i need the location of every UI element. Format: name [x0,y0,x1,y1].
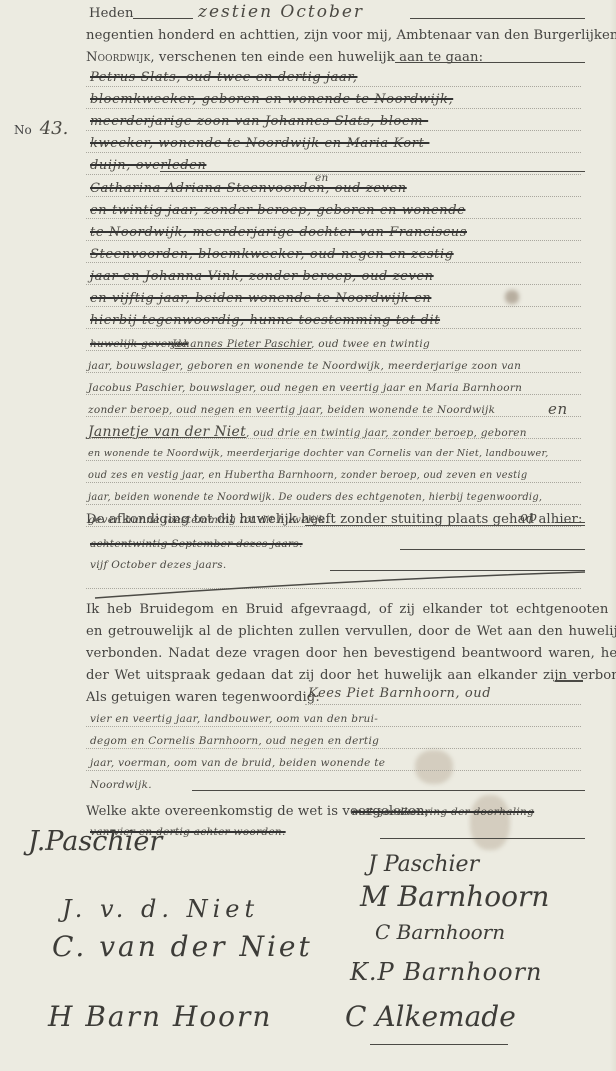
signature-bride-father: C. van der Niet [52,930,313,963]
struck-bride-line: Steenvoorden, bloemkweeker, oud negen en… [90,247,454,262]
struck-bride-line: Catharina Adriana Steenvoorden, oud zeve… [90,181,407,196]
closing-struck: met goedkeuring der doorhaling [352,806,534,818]
declaration-line: verbonden. Nadat deze vragen door hen be… [86,646,616,661]
struck-groom-line: meerderjarige zoon van Johannes Slats, b… [90,114,428,129]
rule [395,62,585,63]
rule [133,18,193,19]
en-connector: en [548,400,568,418]
bride-line-2: en wonende te Noordwijk, meerderjarige d… [88,448,549,459]
witness-line: degom en Cornelis Barnhoorn, oud negen e… [90,735,379,747]
witness-line: Kees Piet Barnhoorn, oud [308,686,491,701]
groom-name: Johannes Pieter Paschier [172,338,311,350]
closing-stroke [90,570,590,600]
header-line-2: negentien honderd en achttien, zijn voor… [86,28,616,43]
banns-printed: De afkondiging tot dit huwelijk heeft zo… [86,512,583,527]
bride-line-1-rest: , oud drie en twintig jaar, zonder beroe… [246,427,527,439]
groom-line-2: jaar, bouwslager, geboren en wonende te … [88,360,521,372]
bride-line-4: jaar, beiden wonende te Noordwijk. De ou… [88,492,542,503]
struck-groom-line: Petrus Slats, oud twee en dertig jaar, [90,70,357,85]
date-handwritten: zestien October [198,2,364,22]
banns-op: op [520,510,537,525]
water-stain [505,290,519,304]
declaration-line: en getrouwelijk al de plichten zullen ve… [86,624,616,639]
signature-witness-h: H Barn Hoorn [48,1000,272,1033]
bride-line-3: oud zes en vestig jaar, en Hubertha Barn… [88,470,527,481]
rule [400,549,585,550]
signature-groom: J.Paschier [28,826,162,857]
bride-name: Jannetje van der Niet [88,424,246,440]
witness-line: jaar, voerman, oom van de bruid, beiden … [90,757,385,769]
witness-line: vier en veertig jaar, landbouwer, oom va… [90,713,378,725]
groom-line-1-rest: , oud twee en twintig [311,338,430,350]
marriage-record-page: No43. Heden zestien October negentien ho… [0,0,616,1071]
struck-bride-line: jaar en Johanna Vink, zonder beroep, oud… [90,269,434,284]
signature-groom-mother: M Barnhoorn [360,880,549,913]
signature-witness-c: C Barnhoorn [375,920,505,944]
heden-label: Heden [89,6,134,21]
witness-line: Noordwijk. [90,779,152,791]
groom-line-3: Jacobus Paschier, bouwslager, oud negen … [88,382,522,394]
struck-groom-line: kweeker, wonende te Noordwijk en Maria K… [90,136,429,151]
municipality: Noordwijk [86,50,150,65]
water-stain [415,750,453,784]
rule [410,18,585,19]
record-number-label: No [14,123,32,137]
groom-line-1: Johannes Pieter Paschier, oud twee en tw… [172,338,430,350]
struck-bride-line: en twintig jaar, zonder beroep, geboren … [90,203,465,218]
struck-bride-line: hierbij tegenwoordig, hunne toestemming … [90,313,440,328]
struck-groom-line: bloemkweeker, geboren en wonende te Noor… [90,92,453,107]
rule [192,790,585,791]
record-number-value: 43. [40,118,69,139]
signature-bride: J. v. d. Niet [62,895,259,923]
rule [555,680,583,682]
registrar-underline [370,1044,508,1045]
page-edge [610,0,616,1071]
signature-registrar: C Alkemade [345,1000,516,1033]
declaration-line: der Wet uitspraak gedaan dat zij door he… [86,668,616,683]
signature-groom-father: J Paschier [368,852,479,877]
declaration-line: Ik heb Bruidegom en Bruid afgevraagd, of… [86,602,616,617]
rule [380,838,585,839]
record-number: No43. [14,118,68,139]
signature-witness-k: K.P Barnhoorn [350,958,543,986]
bride-line-1: Jannetje van der Niet, oud drie en twint… [88,424,527,440]
groom-line-4: zonder beroep, oud negen en veertig jaar… [88,404,495,416]
rule [555,522,585,523]
banns-struck-date: achtentwintig September dezes jaars. [90,538,303,550]
witnesses-label: Als getuigen waren tegenwoordig: [86,690,320,705]
rule [160,171,585,172]
water-stain [470,795,510,850]
struck-bride-line: te Noordwijk, meerderjarige dochter van … [90,225,467,240]
struck-bride-line: en vijftig jaar, beiden wonende te Noord… [90,291,431,306]
